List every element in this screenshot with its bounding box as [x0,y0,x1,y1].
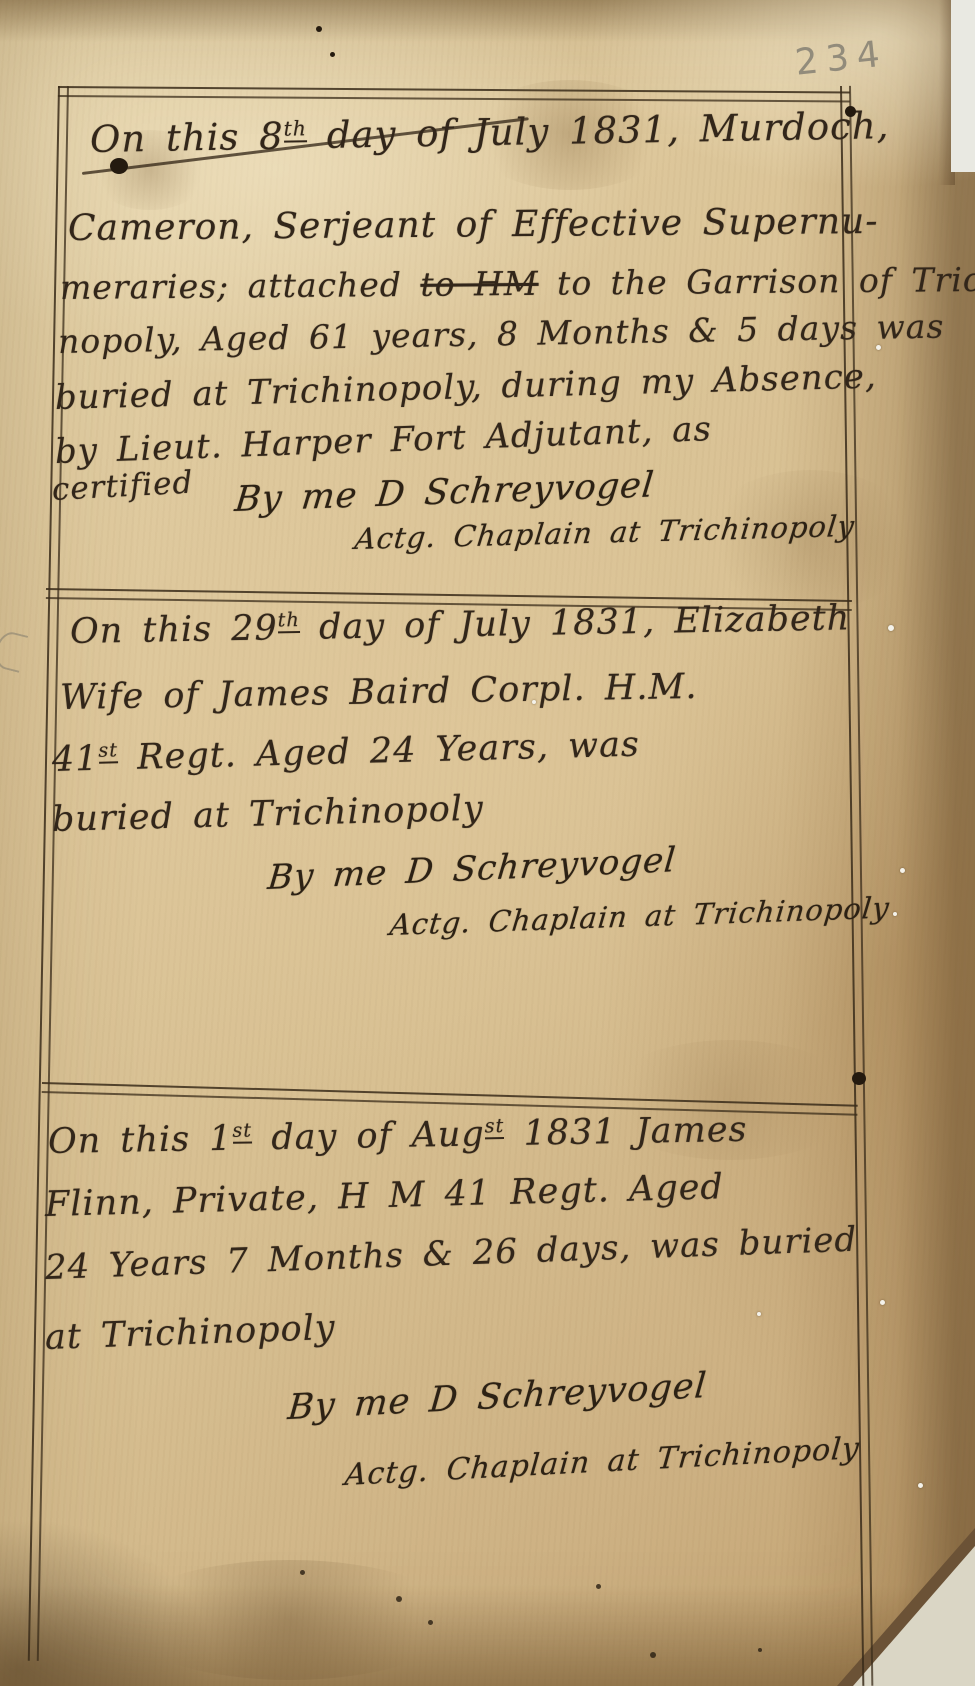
paper-speck [758,1648,762,1652]
entry-line: nopoly, Aged 61 years, 8 Months & 5 days… [58,307,945,361]
pin-hole [876,345,881,350]
entry-text: day of July 1831, Murdoch, [307,104,890,157]
entry-text: Regt. Aged 24 Years, was [118,725,641,779]
entry-text: meraries; attached [60,265,421,307]
entry-date-line: On this 1st day of Augst 1831 James [48,1110,748,1162]
entry-text: 41 [51,739,99,780]
ink-stain [120,1560,460,1680]
signature-title: Actg. Chaplain at Trichinopoly [343,1431,861,1493]
ink-blob [852,1072,866,1085]
entry-text: 1831 James [504,1110,748,1154]
pin-hole [757,1312,761,1316]
entry-line: by Lieut. Harper Fort Adjutant, as [54,409,712,472]
pin-hole [900,868,905,873]
ink-blob [330,52,335,57]
page-number: 234 [793,33,889,83]
paper-speck [428,1620,433,1625]
signature-title: Actg. Chaplain at Trichinopoly [388,890,891,942]
manuscript-page: 234 On this 8th day of July 1831, Murdoc… [0,0,975,1686]
signature-title: Actg. Chaplain at Trichinopoly [353,509,857,556]
entry-text: to the Garrison of Trichi- [538,260,975,303]
entry-text: On this 1 [48,1119,233,1162]
entry-line: 41st Regt. Aged 24 Years, was [51,725,640,780]
ink-blob [110,158,128,174]
signature-by: By me D Schreyvogel [233,465,656,520]
paper-speck [596,1584,601,1589]
ink-blob [316,26,322,32]
ink-blob [845,106,856,117]
ordinal-superscript: st [98,739,118,765]
pin-hole [893,912,897,916]
entry-text: On this 29 [70,608,278,652]
entry-text: On this 8 [90,115,284,161]
entry-text: day of July 1831, Elizabeth [300,598,851,648]
entry-date-line: On this 29th day of July 1831, Elizabeth [70,598,851,652]
pin-hole [880,1300,885,1305]
paper-speck [650,1652,656,1658]
entry-line: certified [51,465,194,508]
signature-by: By me D Schreyvogel [286,1366,708,1428]
pin-hole [918,1483,923,1488]
entry-line: Cameron, Serjeant of Effective Supernu- [68,201,879,249]
entry-line: meraries; attached to HM to the Garrison… [60,260,975,307]
entry-line: Flinn, Private, H M 41 Regt. Aged [44,1167,724,1225]
entry-line: 24 Years 7 Months & 26 days, was buried [44,1220,858,1288]
entry-text: day of Aug [252,1114,485,1158]
backing-board [951,0,975,172]
struck-out-text: to HM [420,264,539,304]
ordinal-superscript: th [277,608,300,633]
ordinal-superscript: st [484,1114,504,1139]
entry-line: buried at Trichinopoly [51,789,484,840]
frame-rule-top [58,86,850,103]
paper-speck [300,1570,305,1575]
entry-line: buried at Trichinopoly, during my Absenc… [54,356,877,418]
pin-hole [888,625,894,631]
paper-speck [396,1596,402,1602]
signature-by: By me D Schreyvogel [266,840,678,898]
entry-line: Wife of James Baird Corpl. H.M. [60,667,698,718]
entry-date-line: On this 8th day of July 1831, Murdoch, [90,104,890,161]
ordinal-superscript: st [232,1119,252,1144]
ordinal-superscript: th [283,116,307,142]
pin-hole [532,700,536,704]
pencil-mark [0,629,28,673]
entry-line: at Trichinopoly [44,1308,336,1358]
